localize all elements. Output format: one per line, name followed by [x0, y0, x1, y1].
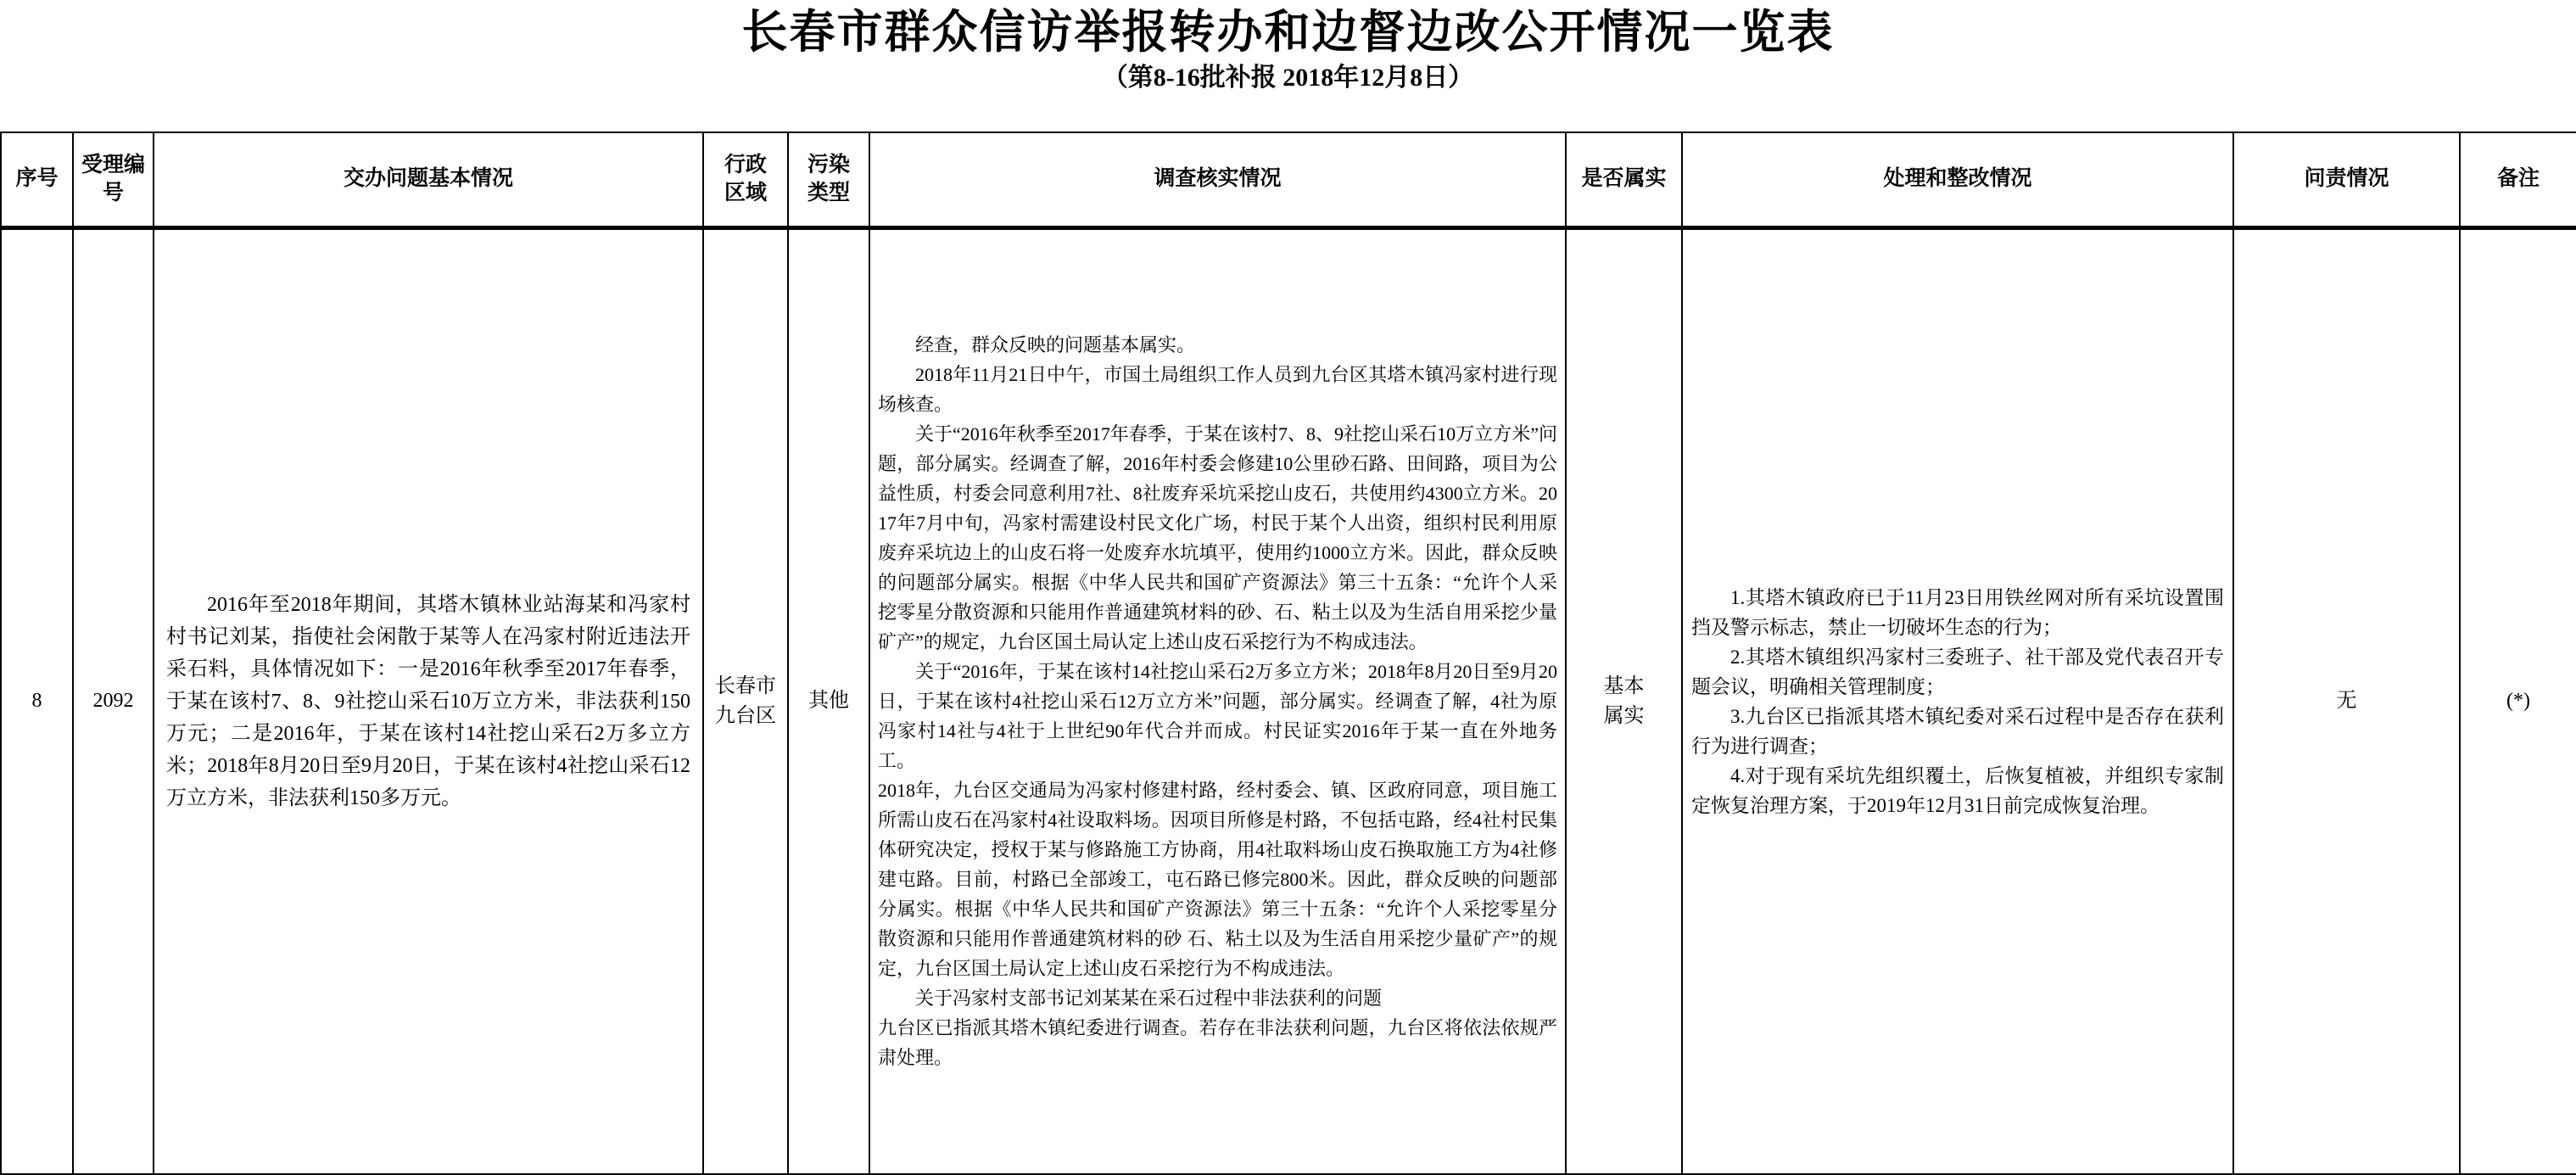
- cell-problem: 2016年至2018年期间，其塔木镇林业站海某和冯家村村书记刘某，指使社会闲散于…: [154, 227, 703, 1174]
- cell-remark: (*): [2460, 227, 2576, 1174]
- document-page: 长春市群众信访举报转办和边督边改公开情况一览表 （第8-16批补报 2018年1…: [0, 0, 2576, 1175]
- paragraph: 关于“2016年秋季至2017年春季，于某在该村7、8、9社挖山采石10万立方米…: [878, 419, 1557, 657]
- cell-accountability: 无: [2233, 227, 2460, 1174]
- cell-case-no: 2092: [73, 227, 154, 1174]
- col-header-case-no: 受理编 号: [73, 132, 154, 227]
- col-header-pollution-type: 污染 类型: [788, 132, 869, 227]
- paragraph: 2.其塔木镇组织冯家村三委班子、社干部及党代表召开专题会议，明确相关管理制度；: [1691, 642, 2224, 702]
- petition-report-table: 序号 受理编 号 交办问题基本情况 行政 区域 污染 类型 调查核实情况 是否属…: [0, 131, 2576, 1175]
- paragraph: 经查，群众反映的问题基本属实。: [878, 330, 1557, 360]
- col-header-region: 行政 区域: [703, 132, 788, 227]
- paragraph: 关于“2016年，于某在该村14社挖山采石2万多立方米；2018年8月20日至9…: [878, 657, 1557, 775]
- paragraph: 2016年至2018年期间，其塔木镇林业站海某和冯家村村书记刘某，指使社会闲散于…: [166, 589, 690, 814]
- col-header-remark: 备注: [2460, 132, 2576, 227]
- paragraph: 九台区已指派其塔木镇纪委进行调查。若存在非法获利问题，九台区将依法依规严肃处理。: [878, 1013, 1557, 1072]
- col-header-verified: 是否属实: [1566, 132, 1682, 227]
- paragraph: 2018年11月21日中午，市国土局组织工作人员到九台区其塔木镇冯家村进行现场核…: [878, 360, 1557, 419]
- col-header-handling: 处理和整改情况: [1682, 132, 2233, 227]
- cell-investigation: 经查，群众反映的问题基本属实。2018年11月21日中午，市国土局组织工作人员到…: [869, 227, 1566, 1174]
- col-header-index: 序号: [1, 132, 73, 227]
- paragraph: 关于冯家村支部书记刘某某在采石过程中非法获利的问题: [878, 983, 1557, 1013]
- cell-pollution-type: 其他: [788, 227, 869, 1174]
- cell-index: 8: [1, 227, 73, 1174]
- table-row: 8 2092 2016年至2018年期间，其塔木镇林业站海某和冯家村村书记刘某，…: [1, 227, 2576, 1174]
- cell-handling: 1.其塔木镇政府已于11月23日用铁丝网对所有采坑设置围挡及警示标志，禁止一切破…: [1682, 227, 2233, 1174]
- page-subtitle: （第8-16批补报 2018年12月8日）: [0, 61, 2576, 95]
- paragraph: 3.九台区已指派其塔木镇纪委对采石过程中是否存在获利行为进行调查；: [1691, 702, 2224, 761]
- cell-region: 长春市 九台区: [703, 227, 788, 1174]
- paragraph: 2018年，九台区交通局为冯家村修建村路，经村委会、镇、区政府同意，项目施工所需…: [878, 775, 1557, 983]
- col-header-investigation: 调查核实情况: [869, 132, 1566, 227]
- header-row: 序号 受理编 号 交办问题基本情况 行政 区域 污染 类型 调查核实情况 是否属…: [1, 132, 2576, 227]
- paragraph: 4.对于现有采坑先组织覆土，后恢复植被，并组织专家制定恢复治理方案，于2019年…: [1691, 761, 2224, 820]
- cell-verified: 基本 属实: [1566, 227, 1682, 1174]
- col-header-accountability: 问责情况: [2233, 132, 2460, 227]
- paragraph: 1.其塔木镇政府已于11月23日用铁丝网对所有采坑设置围挡及警示标志，禁止一切破…: [1691, 583, 2224, 642]
- col-header-problem: 交办问题基本情况: [154, 132, 703, 227]
- page-title: 长春市群众信访举报转办和边督边改公开情况一览表: [0, 0, 2576, 58]
